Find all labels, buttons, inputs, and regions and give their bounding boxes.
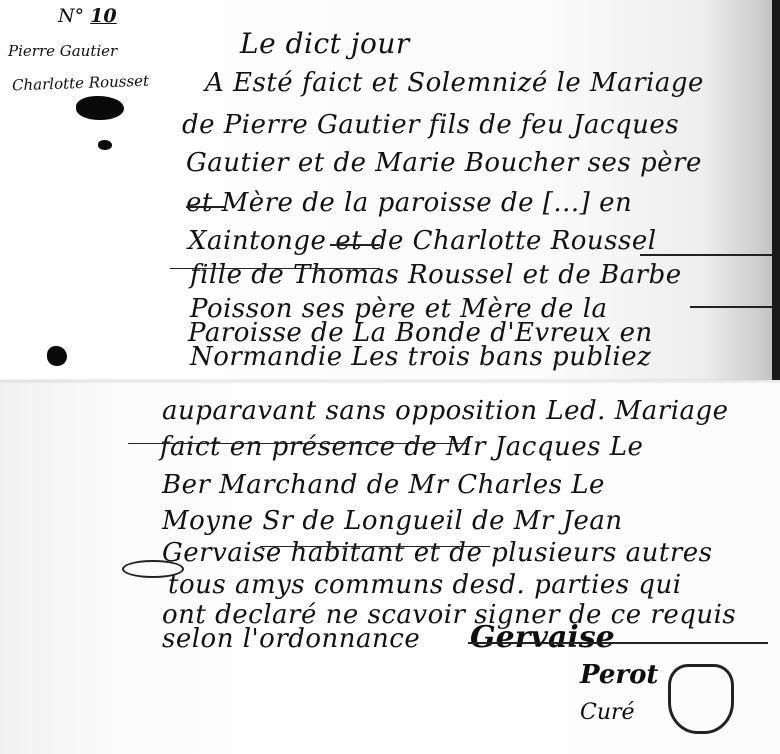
entry-number-prefix: N° — [58, 5, 84, 27]
text-line-13: Ber Marchand de Mr Charles Le — [162, 472, 605, 498]
text-line-7: fille de Thomas Roussel et de Barbe — [190, 262, 682, 288]
text-line-15: Gervaise habitant et de plusieurs autres — [162, 540, 712, 566]
text-line-2: A Esté faict et Solemnizé le Mariage — [205, 70, 704, 96]
strikethrough — [186, 206, 226, 208]
text-line-1: Le dict jour — [240, 30, 410, 58]
signature-gervaise: Gervaise — [470, 620, 615, 655]
text-line-5: et Mère de la paroisse de [...] en — [186, 190, 632, 216]
margin-rule — [640, 254, 772, 256]
signature-perot: Perot — [580, 660, 658, 690]
entry-number: N° 10 — [58, 5, 117, 27]
scanned-register-page: N° 10 Pierre Gautier Charlotte Rousset L… — [0, 0, 780, 754]
ink-blot — [98, 140, 112, 150]
ink-blot — [47, 346, 67, 366]
text-line-6: Xaintonge et de Charlotte Roussel — [188, 228, 657, 254]
margin-groom-name: Pierre Gautier — [8, 44, 117, 59]
signature-paraph — [668, 664, 734, 734]
text-line-11: auparavant sans opposition Led. Mariage — [162, 398, 729, 424]
entry-number-value: 10 — [90, 5, 116, 27]
pen-flourish — [122, 560, 184, 578]
text-line-12: faict en présence de Mr Jacques Le — [160, 434, 643, 460]
strikethrough — [330, 244, 380, 246]
text-line-18: selon l'ordonnance — [162, 626, 420, 652]
text-line-16: tous amys communs desd. parties qui — [168, 572, 682, 598]
strikethrough — [260, 546, 490, 547]
text-line-4: Gautier et de Marie Boucher ses père — [186, 150, 702, 176]
page-edge-shadow — [772, 0, 780, 380]
text-line-3: de Pierre Gautier fils de feu Jacques — [182, 112, 679, 138]
text-line-10: Normandie Les trois bans publiez — [190, 344, 651, 370]
margin-rule — [690, 306, 772, 308]
text-line-14: Moyne Sr de Longueil de Mr Jean — [162, 508, 623, 534]
strikethrough — [128, 443, 468, 444]
scan-seam — [0, 378, 780, 384]
signature-cure: Curé — [580, 700, 635, 725]
ink-blot — [76, 96, 124, 120]
strikethrough — [170, 268, 380, 269]
signature-underline — [468, 642, 768, 644]
